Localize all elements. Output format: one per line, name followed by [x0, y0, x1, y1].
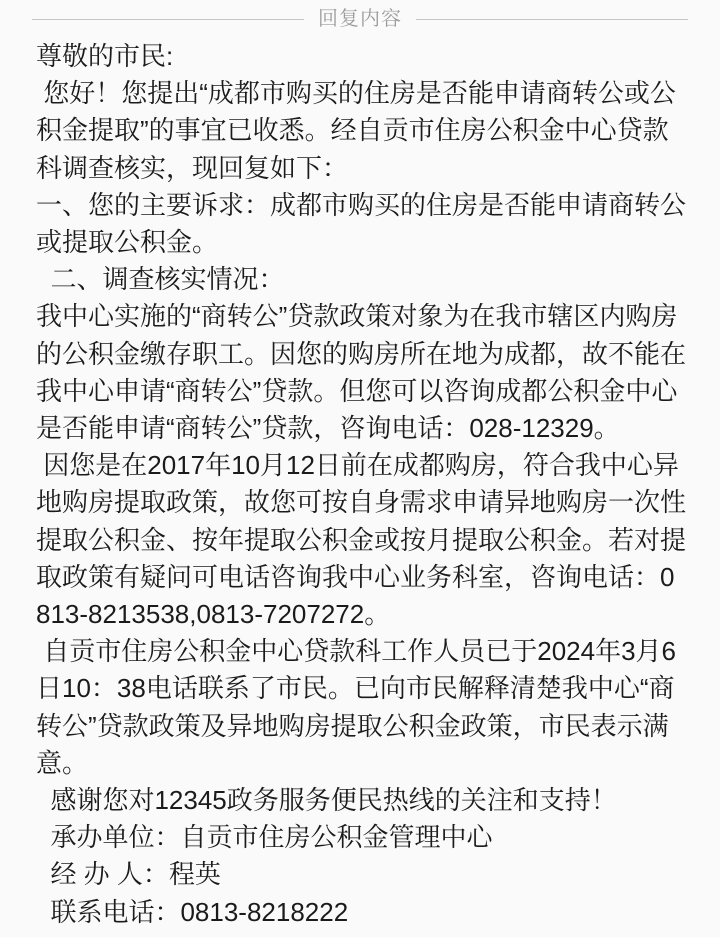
contact-phone-line: 联系电话：0813-8218222	[36, 894, 686, 931]
withdrawal-paragraph: 因您是在2017年10月12日前在成都购房，符合我中心异地购房提取政策，故您可按…	[36, 447, 686, 633]
policy-paragraph: 我中心实施的“商转公”贷款政策对象为在我市辖区内购房的公积金缴存职工。因您的购房…	[36, 298, 686, 447]
main-request-paragraph: 一、您的主要诉求：成都市购买的住房是否能申请商转公或提取公积金。	[36, 187, 686, 261]
investigation-heading: 二、调查核实情况：	[36, 261, 686, 298]
reply-content-panel: 回复内容 尊敬的市民: 您好！您提出“成都市购买的住房是否能申请商转公或公积金提…	[0, 0, 720, 937]
reply-body: 尊敬的市民: 您好！您提出“成都市购买的住房是否能申请商转公或公积金提取”的事宜…	[0, 38, 720, 937]
handler-line: 经 办 人：程英	[36, 856, 686, 893]
handling-unit-line: 承办单位：自贡市住房公积金管理中心	[36, 819, 686, 856]
section-title: 回复内容	[318, 9, 402, 29]
section-header: 回复内容	[0, 0, 720, 38]
thanks-line: 感谢您对12345政务服务便民热线的关注和支持！	[36, 782, 686, 819]
divider-line-right	[416, 19, 688, 20]
salutation-line: 尊敬的市民:	[36, 38, 686, 75]
divider-line-left	[32, 19, 304, 20]
followup-paragraph: 自贡市住房公积金中心贷款科工作人员已于2024年3月6日10：38电话联系了市民…	[36, 633, 686, 782]
greeting-paragraph: 您好！您提出“成都市购买的住房是否能申请商转公或公积金提取”的事宜已收悉。经自贡…	[36, 75, 686, 187]
